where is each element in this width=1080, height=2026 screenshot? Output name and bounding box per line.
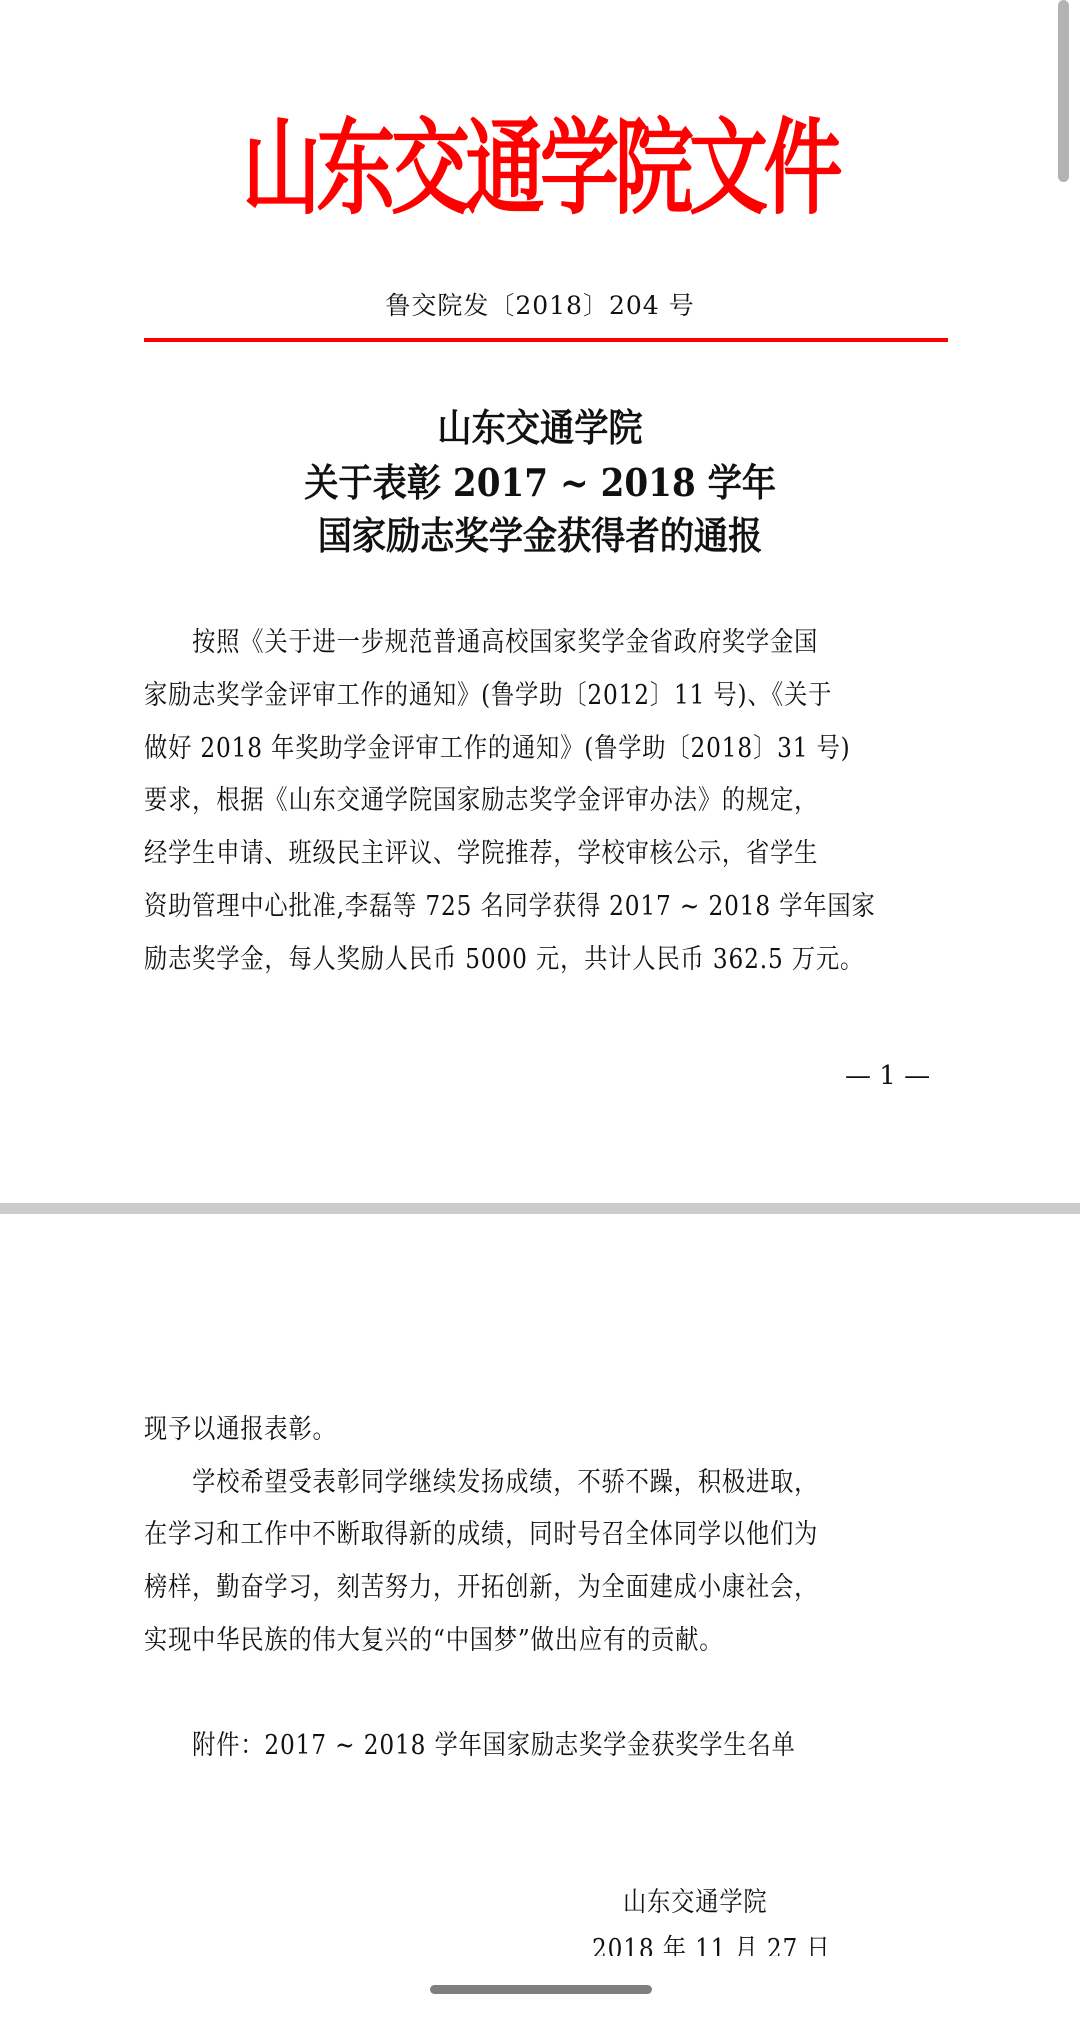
date-text: 2018 年 11 月 27 日 — [592, 1930, 831, 1956]
attachment-text: 附件：2017 ~ 2018 学年国家励志奖学金获奖学生名单 — [144, 1726, 796, 1766]
document-header-title: 山东交通学院文件 — [0, 108, 1080, 228]
page-separator — [0, 1203, 1080, 1214]
body-line: 实现中华民族的伟大复兴的“中国梦”做出应有的贡献。 — [144, 1621, 936, 1661]
title-text: 国家励志奖学金获得者的通报 — [318, 510, 763, 562]
signer: 山东交通学院 — [623, 1883, 923, 1923]
issue-date: 2018 年 11 月 27 日 — [592, 1930, 922, 1956]
notice-title-line-1: 山东交通学院 — [0, 402, 1080, 454]
body-line: 榜样，勤奋学习，刻苦努力，开拓创新，为全面建成小康社会， — [144, 1568, 936, 1608]
body-line: 在学习和工作中不断取得新的成绩，同时号召全体同学以他们为 — [144, 1515, 936, 1555]
body-line: 家励志奖学金评审工作的通知》(鲁学助〔2012〕11 号)、《关于 — [144, 676, 936, 716]
body-line: 按照《关于进一步规范普通高校国家奖学金省政府奖学金国 — [144, 623, 936, 663]
body-line: 励志奖学金，每人奖励人民币 5000 元，共计人民币 362.5 万元。 — [144, 940, 936, 980]
attachment-line: 附件：2017 ~ 2018 学年国家励志奖学金获奖学生名单 — [144, 1726, 936, 1766]
document-page-1: 山东交通学院文件 鲁交院发〔2018〕204 号 山东交通学院 关于表彰 201… — [0, 0, 1080, 1203]
body-text: 经学生申请、班级民主评议、学院推荐，学校审核公示，省学生 — [144, 834, 818, 874]
header-title-text: 山东交通学院文件 — [242, 108, 838, 228]
body-text: 学校希望受表彰同学继续发扬成绩，不骄不躁，积极进取， — [144, 1463, 818, 1503]
red-divider-line — [144, 338, 948, 342]
body-line: 经学生申请、班级民主评议、学院推荐，学校审核公示，省学生 — [144, 834, 936, 874]
signer-text: 山东交通学院 — [623, 1883, 767, 1923]
vertical-scrollbar[interactable] — [1058, 0, 1069, 182]
body-text: 家励志奖学金评审工作的通知》(鲁学助〔2012〕11 号)、《关于 — [144, 676, 832, 716]
body-line: 做好 2018 年奖助学金评审工作的通知》(鲁学助〔2018〕31 号) — [144, 729, 936, 769]
notice-title-line-3: 国家励志奖学金获得者的通报 — [0, 510, 1080, 562]
notice-title-line-2: 关于表彰 2017 ~ 2018 学年 — [0, 457, 1080, 509]
body-text: 做好 2018 年奖助学金评审工作的通知》(鲁学助〔2018〕31 号) — [144, 729, 851, 769]
body-text: 在学习和工作中不断取得新的成绩，同时号召全体同学以他们为 — [144, 1515, 818, 1555]
title-text: 关于表彰 2017 ~ 2018 学年 — [304, 457, 776, 509]
title-text: 山东交通学院 — [437, 402, 642, 454]
body-text: 资助管理中心批准,李磊等 725 名同学获得 2017 ~ 2018 学年国家 — [144, 887, 876, 927]
body-line: 要求，根据《山东交通学院国家励志奖学金评审办法》的规定， — [144, 781, 936, 821]
body-text: 现予以通报表彰。 — [144, 1410, 337, 1450]
body-text: 励志奖学金，每人奖励人民币 5000 元，共计人民币 362.5 万元。 — [144, 940, 864, 980]
body-text: 实现中华民族的伟大复兴的“中国梦”做出应有的贡献。 — [144, 1621, 723, 1661]
home-indicator[interactable] — [430, 1985, 652, 1994]
page-number: — 1 — — [845, 1058, 930, 1094]
body-line: 资助管理中心批准,李磊等 725 名同学获得 2017 ~ 2018 学年国家 — [144, 887, 936, 927]
body-text: 按照《关于进一步规范普通高校国家奖学金省政府奖学金国 — [144, 623, 818, 663]
body-line: 学校希望受表彰同学继续发扬成绩，不骄不躁，积极进取， — [144, 1463, 936, 1503]
body-text: 要求，根据《山东交通学院国家励志奖学金评审办法》的规定， — [144, 781, 818, 821]
body-text: 榜样，勤奋学习，刻苦努力，开拓创新，为全面建成小康社会， — [144, 1568, 818, 1608]
document-page-2: 现予以通报表彰。 学校希望受表彰同学继续发扬成绩，不骄不躁，积极进取， 在学习和… — [0, 1214, 1080, 2026]
body-line: 现予以通报表彰。 — [144, 1410, 936, 1450]
document-number: 鲁交院发〔2018〕204 号 — [0, 288, 1080, 324]
